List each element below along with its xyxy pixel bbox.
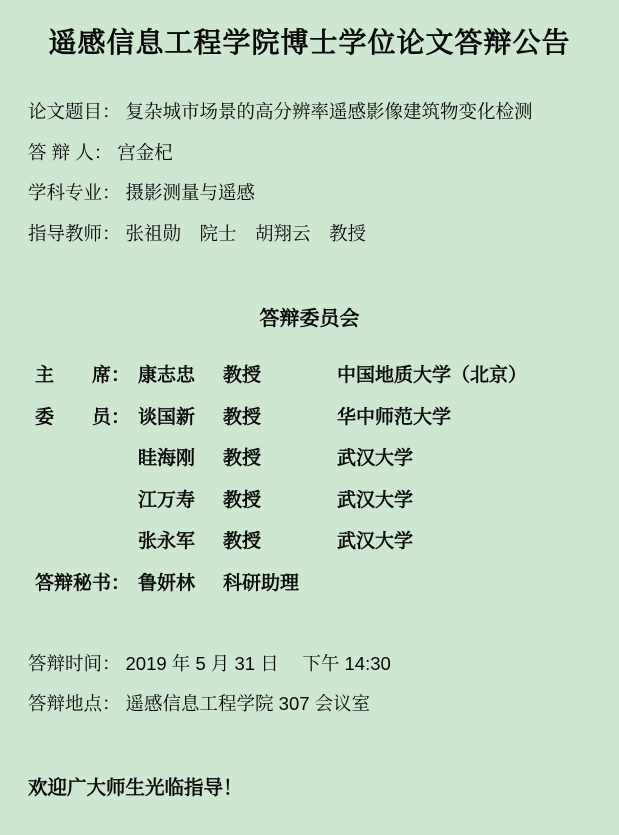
thesis-info-section: 论文题目：复杂城市场景的高分辨率遥感影像建筑物变化检测 答 辩 人：宫金杞 学科… [28, 92, 607, 254]
secretary-title-cell: 科研助理 [223, 563, 337, 605]
secretary-role-cell: 答辩秘书： [35, 563, 138, 605]
name-cell: 眭海刚 [138, 438, 223, 480]
affiliation-cell: 中国地质大学（北京） [337, 355, 609, 397]
role-cell: 委 员： [35, 397, 138, 439]
affiliation-cell: 武汉大学 [337, 480, 609, 522]
candidate-value: 宫金杞 [117, 142, 173, 163]
defense-time-row: 答辩时间：2019 年 5 月 31 日 下午 14:30 [28, 644, 607, 684]
affiliation-cell: 武汉大学 [337, 438, 609, 480]
advisor-row: 指导教师：张祖勋 院士 胡翔云 教授 [28, 214, 607, 255]
thesis-title-row: 论文题目：复杂城市场景的高分辨率遥感影像建筑物变化检测 [28, 92, 607, 133]
announcement-title: 遥感信息工程学院博士学位论文答辩公告 [0, 24, 619, 62]
name-cell: 张永军 [138, 521, 223, 563]
title-cell: 教授 [223, 355, 337, 397]
thesis-title-value: 复杂城市场景的高分辨率遥感影像建筑物变化检测 [126, 101, 533, 122]
secretary-affiliation-cell [337, 563, 609, 605]
affiliation-cell: 华中师范大学 [337, 397, 609, 439]
advisor-label: 指导教师： [28, 223, 121, 244]
major-label: 学科专业： [28, 182, 121, 203]
major-row: 学科专业：摄影测量与遥感 [28, 173, 607, 214]
secretary-name-cell: 鲁妍林 [138, 563, 223, 605]
role-cell [35, 438, 138, 480]
major-value: 摄影测量与遥感 [126, 182, 256, 203]
candidate-row: 答 辩 人：宫金杞 [28, 133, 607, 174]
committee-heading: 答辩委员会 [0, 306, 619, 330]
title-cell: 教授 [223, 521, 337, 563]
defense-time-value: 2019 年 5 月 31 日 下午 14:30 [126, 653, 391, 674]
affiliation-cell: 武汉大学 [337, 521, 609, 563]
title-cell: 教授 [223, 397, 337, 439]
title-cell: 教授 [223, 438, 337, 480]
defense-announcement-page: 遥感信息工程学院博士学位论文答辩公告 论文题目：复杂城市场景的高分辨率遥感影像建… [0, 0, 619, 835]
schedule-section: 答辩时间：2019 年 5 月 31 日 下午 14:30 答辩地点：遥感信息工… [28, 644, 607, 724]
role-cell [35, 480, 138, 522]
role-cell [35, 521, 138, 563]
name-cell: 江万寿 [138, 480, 223, 522]
defense-time-label: 答辩时间： [28, 653, 121, 674]
welcome-message: 欢迎广大师生光临指导！ [28, 778, 243, 798]
defense-place-row: 答辩地点：遥感信息工程学院 307 会议室 [28, 684, 607, 724]
committee-table: 主 席： 康志忠 教授 中国地质大学（北京） 委 员： 谈国新 教授 华中师范大… [35, 355, 609, 604]
defense-place-label: 答辩地点： [28, 693, 121, 714]
name-cell: 康志忠 [138, 355, 223, 397]
defense-place-value: 遥感信息工程学院 307 会议室 [126, 693, 371, 714]
name-cell: 谈国新 [138, 397, 223, 439]
title-cell: 教授 [223, 480, 337, 522]
candidate-label: 答 辩 人： [28, 142, 112, 163]
advisor-value: 张祖勋 院士 胡翔云 教授 [126, 223, 367, 244]
role-cell: 主 席： [35, 355, 138, 397]
thesis-title-label: 论文题目： [28, 101, 121, 122]
